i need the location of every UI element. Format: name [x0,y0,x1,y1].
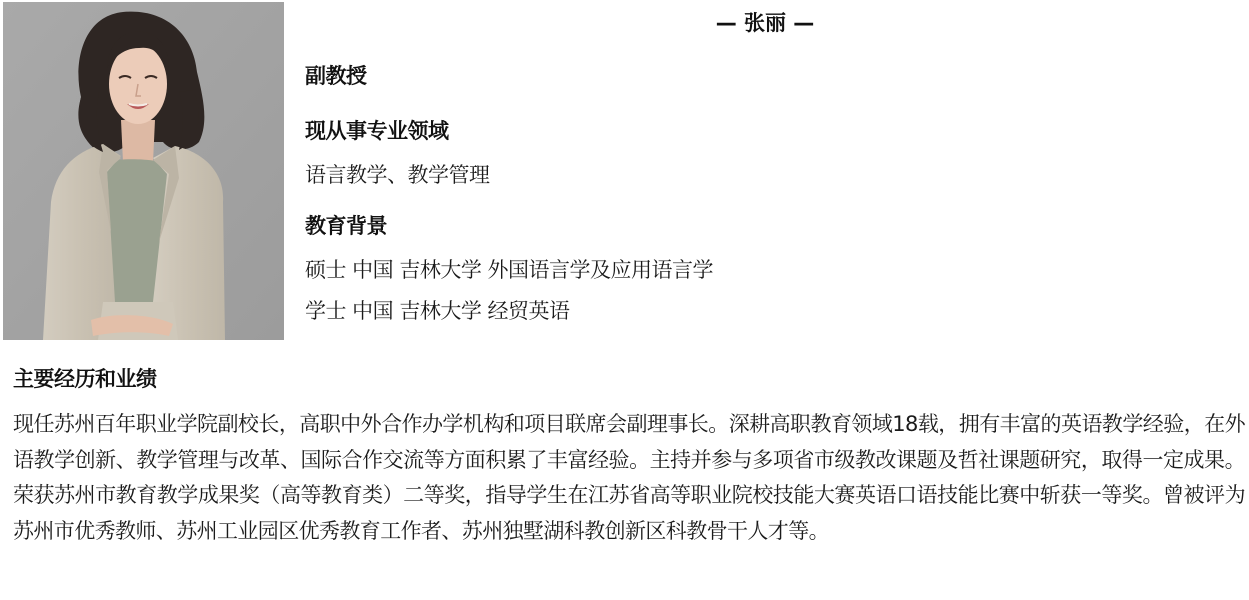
education-item: 硕士 中国 吉林大学 外国语言学及应用语言学 [305,256,713,284]
education-item: 学士 中国 吉林大学 经贸英语 [305,297,570,325]
academic-title: 副教授 [305,62,367,90]
profile-photo [3,2,284,340]
field-heading: 现从事专业领域 [305,117,449,145]
field-value: 语言教学、教学管理 [305,161,490,189]
bio-heading: 主要经历和业绩 [13,365,157,393]
portrait-illustration [3,2,284,340]
bio-text: 现任苏州百年职业学院副校长，高职中外合作办学机构和项目联席会副理事长。深耕高职教… [13,407,1245,549]
education-heading: 教育背景 [305,212,387,240]
profile-name: — 张丽 — [690,9,840,37]
